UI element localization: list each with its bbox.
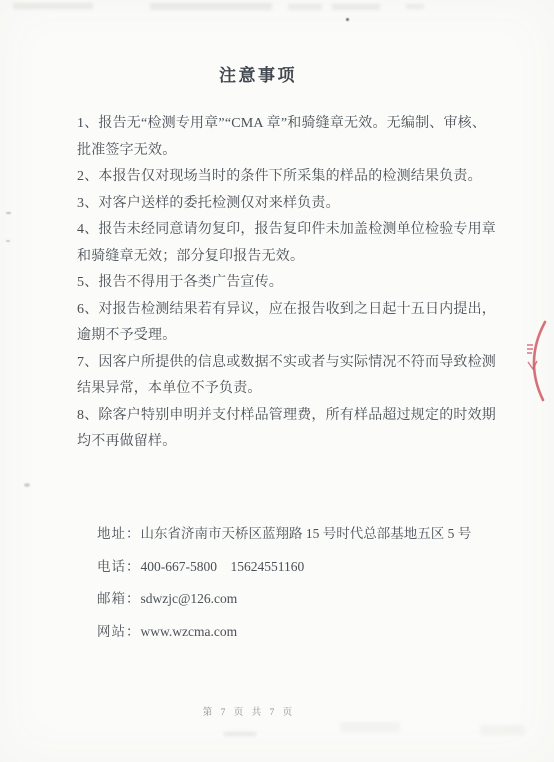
paging-seal-fragment-icon: [520, 318, 554, 404]
notice-line: 和骑缝章无效；部分复印报告无效。: [77, 244, 483, 271]
contact-row-address: 地址：山东省济南市天桥区蓝翔路 15 号时代总部基地五区 5 号: [97, 518, 497, 551]
notice-list: 1、报告无“检测专用章”“CMA 章”和骑缝章无效。无编制、审核、 批准签字无效…: [77, 111, 483, 456]
address-label: 地址：: [97, 526, 141, 541]
address-value: 山东省济南市天桥区蓝翔路 15 号时代总部基地五区 5 号: [141, 526, 472, 541]
notice-item-1: 1、报告无“检测专用章”“CMA 章”和骑缝章无效。无编制、审核、 批准签字无效…: [77, 111, 483, 164]
scan-smudge: [13, 3, 93, 9]
notice-item-5: 5、报告不得用于各类广告宣传。: [77, 270, 483, 297]
scan-smudge: [288, 4, 322, 10]
scan-speck: [6, 240, 10, 242]
notice-item-8: 8、除客户特别申明并支付样品管理费，所有样品超过规定的时效期 均不再做留样。: [77, 403, 483, 456]
phone-label: 电话：: [97, 559, 141, 574]
scan-smudge: [150, 3, 272, 10]
notice-line: 7、因客户所提供的信息或数据不实或者与实际情况不符而导致检测: [77, 350, 483, 377]
notice-line: 3、对客户送样的委托检测仅对来样负责。: [77, 191, 483, 218]
notice-line: 2、本报告仅对现场当时的条件下所采集的样品的检测结果负责。: [77, 164, 483, 191]
page-title: 注意事项: [77, 61, 439, 86]
notice-line: 4、报告未经同意请勿复印，报告复印件未加盖检测单位检验专用章: [77, 217, 483, 244]
notice-line: 均不再做留样。: [77, 429, 483, 456]
scan-speck: [6, 212, 11, 214]
website-label: 网站：: [97, 624, 141, 639]
notice-line: 5、报告不得用于各类广告宣传。: [77, 270, 483, 297]
scan-smudge: [332, 4, 380, 10]
notice-line: 逾期不予受理。: [77, 323, 483, 350]
scan-smudge: [406, 4, 424, 9]
email-label: 邮箱：: [97, 591, 141, 606]
scanned-document-page: 注意事项 1、报告无“检测专用章”“CMA 章”和骑缝章无效。无编制、审核、 批…: [0, 0, 554, 762]
notice-item-2: 2、本报告仅对现场当时的条件下所采集的样品的检测结果负责。: [77, 164, 483, 191]
notice-item-3: 3、对客户送样的委托检测仅对来样负责。: [77, 191, 483, 218]
notice-item-4: 4、报告未经同意请勿复印，报告复印件未加盖检测单位检验专用章 和骑缝章无效；部分…: [77, 217, 483, 270]
scan-speck: [346, 18, 349, 21]
contact-row-email: 邮箱：sdwzjc@126.com: [97, 583, 497, 616]
notice-line: 1、报告无“检测专用章”“CMA 章”和骑缝章无效。无编制、审核、: [77, 111, 483, 138]
contact-block: 地址：山东省济南市天桥区蓝翔路 15 号时代总部基地五区 5 号 电话：400-…: [97, 518, 497, 648]
scan-speck: [24, 483, 30, 487]
scan-smudge: [224, 732, 256, 736]
notice-item-6: 6、对报告检测结果若有异议，应在报告收到之日起十五日内提出， 逾期不予受理。: [77, 297, 483, 350]
notice-item-7: 7、因客户所提供的信息或数据不实或者与实际情况不符而导致检测 结果异常，本单位不…: [77, 350, 483, 403]
phone-value: 400-667-5800 15624551160: [141, 559, 305, 574]
scan-smudge: [480, 725, 525, 735]
contact-row-phone: 电话：400-667-5800 15624551160: [97, 551, 497, 584]
scan-smudge: [340, 722, 400, 732]
notice-line: 6、对报告检测结果若有异议，应在报告收到之日起十五日内提出，: [77, 297, 483, 324]
notice-line: 结果异常，本单位不予负责。: [77, 376, 483, 403]
page-number: 第 7 页 共 7 页: [0, 704, 498, 718]
contact-row-website: 网站：www.wzcma.com: [97, 616, 497, 649]
notice-line: 8、除客户特别申明并支付样品管理费，所有样品超过规定的时效期: [77, 403, 483, 430]
website-value: www.wzcma.com: [141, 624, 238, 639]
notice-line: 批准签字无效。: [77, 138, 483, 165]
email-value: sdwzjc@126.com: [141, 591, 238, 606]
